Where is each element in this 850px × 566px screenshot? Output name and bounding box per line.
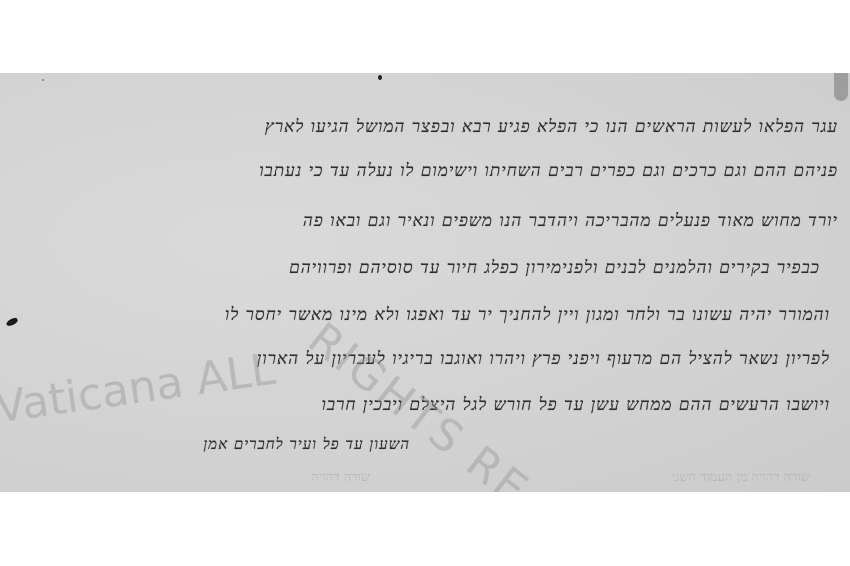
edge-stain	[834, 73, 848, 101]
watermark-text: Vaticana ALL	[0, 344, 279, 434]
text-line-8: השעון עד פל ועיר לחברים אמן	[203, 435, 410, 454]
text-line-3: יורד מחוש מאוד פנעלים מהבריכה ויהדבר הנו…	[303, 211, 838, 231]
manuscript-scan: עגר הפלאו לעשות הראשים הנו כי הפלא פגיע …	[0, 73, 850, 492]
faint-bleedthrough-line: שורה דהויה	[312, 469, 370, 485]
text-line-4: כבפיר בקירים והלמנים לבנים ולפנימירון כפ…	[289, 258, 820, 278]
faint-bleedthrough-line: שורה דהויה מן העמוד השני	[672, 469, 810, 485]
text-line-2: פניהם ההם וגם כרכים וגם כפרים רבים השחית…	[259, 161, 838, 181]
ink-blot	[5, 317, 18, 328]
text-line-5: והמורר יהיה עשונו בר ולחר ומגון ויין להח…	[225, 305, 830, 325]
ink-speck	[42, 79, 44, 81]
ink-speck	[378, 75, 382, 80]
text-line-1: עגר הפלאו לעשות הראשים הנו כי הפלא פגיע …	[265, 117, 838, 137]
